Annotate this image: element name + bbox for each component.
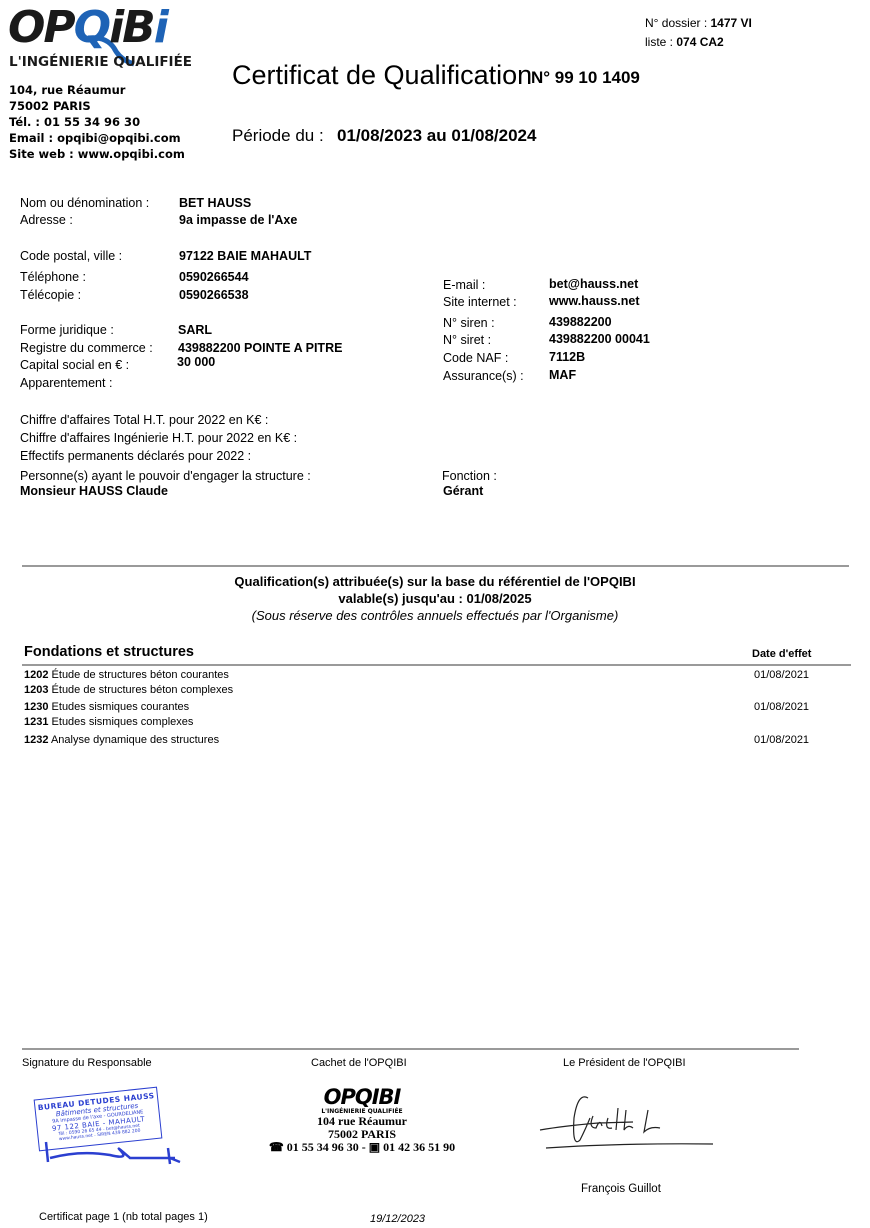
dossier-label: N° dossier : xyxy=(645,16,710,30)
certificate-number: N° 99 10 1409 xyxy=(531,68,640,88)
period-value: 01/08/2023 au 01/08/2024 xyxy=(337,126,536,146)
field-label: Code NAF : xyxy=(443,351,508,365)
field-label: Registre du commerce : xyxy=(20,341,153,355)
field-label: Code postal, ville : xyxy=(20,249,122,263)
qualification-label: Étude de structures béton complexes xyxy=(52,684,234,696)
field-label: Site internet : xyxy=(443,295,517,309)
organism-address-line1: 104, rue Réaumur xyxy=(9,82,185,98)
qualification-row: 1202 Étude de structures béton courantes xyxy=(24,669,229,681)
section-divider xyxy=(22,565,849,567)
field-value: 439882200 POINTE A PITRE xyxy=(178,341,342,355)
page-info: Certificat page 1 (nb total pages 1) xyxy=(39,1211,208,1223)
qualification-label: Etudes sismiques complexes xyxy=(52,716,194,728)
cachet-phones: ☎ 01 55 34 96 30 - ▣ 01 42 36 51 90 xyxy=(262,1141,462,1154)
qualifications-note: (Sous réserve des contrôles annuels effe… xyxy=(0,608,870,623)
field-label: Assurance(s) : xyxy=(443,369,524,383)
turnover-total-label: Chiffre d'affaires Total H.T. pour 2022 … xyxy=(20,413,268,427)
qualification-label: Étude de structures béton courantes xyxy=(52,669,229,681)
qualification-category: Fondations et structures xyxy=(24,644,194,660)
cachet-logo: OPQIBI xyxy=(262,1086,462,1108)
president-name: François Guillot xyxy=(581,1183,661,1195)
liste-value: 074 CA2 xyxy=(676,35,723,49)
qualifications-heading: Qualification(s) attribuée(s) sur la bas… xyxy=(0,574,870,589)
field-value: www.hauss.net xyxy=(549,294,640,308)
qualification-code: 1202 xyxy=(24,669,48,681)
function-value: Gérant xyxy=(443,484,483,498)
field-value: SARL xyxy=(178,323,212,337)
period-label: Période du : xyxy=(232,126,324,146)
category-divider xyxy=(22,664,851,666)
organism-email: Email : opqibi@opqibi.com xyxy=(9,130,185,146)
liste-label: liste : xyxy=(645,35,676,49)
field-label: Télécopie : xyxy=(20,288,81,302)
field-value: bet@hauss.net xyxy=(549,277,638,291)
qualification-row: 1230 Etudes sismiques courantes xyxy=(24,701,189,713)
field-value: 439882200 00041 xyxy=(549,332,650,346)
qualification-code: 1231 xyxy=(24,716,48,728)
qualification-row: 1203 Étude de structures béton complexes xyxy=(24,684,233,696)
field-label: Adresse : xyxy=(20,213,73,227)
qualification-date: 01/08/2021 xyxy=(754,669,809,681)
staff-label: Effectifs permanents déclarés pour 2022 … xyxy=(20,449,251,463)
responsible-signature-label: Signature du Responsable xyxy=(22,1057,152,1069)
qualification-row: 1232 Analyse dynamique des structures xyxy=(24,734,219,746)
field-label: Forme juridique : xyxy=(20,323,114,337)
field-value: 0590266538 xyxy=(179,288,249,302)
cachet-label: Cachet de l'OPQIBI xyxy=(311,1057,407,1069)
field-label: Téléphone : xyxy=(20,270,86,284)
field-label: N° siren : xyxy=(443,316,495,330)
opqibi-logo: OPQiBi L'INGÉNIERIE QUALIFIÉE xyxy=(8,6,198,76)
dossier-info: N° dossier : 1477 VI liste : 074 CA2 xyxy=(645,14,752,52)
responsible-signature-icon xyxy=(40,1140,190,1170)
field-value: 439882200 xyxy=(549,315,612,329)
qualification-date: 01/08/2021 xyxy=(754,734,809,746)
field-value: BET HAUSS xyxy=(179,196,251,210)
qualification-code: 1232 xyxy=(24,734,48,746)
qualification-label: Analyse dynamique des structures xyxy=(51,734,219,746)
field-value: 0590266544 xyxy=(179,270,249,284)
field-value: 30 000 xyxy=(177,355,215,369)
function-label: Fonction : xyxy=(442,469,497,483)
certificate-title: Certificat de Qualification xyxy=(232,60,532,91)
qualification-code: 1230 xyxy=(24,701,48,713)
representative-label: Personne(s) ayant le pouvoir d'engager l… xyxy=(20,469,311,483)
field-value: 9a impasse de l'Axe xyxy=(179,213,297,227)
logo-wordmark: OPQiBi xyxy=(8,6,167,50)
representative-value: Monsieur HAUSS Claude xyxy=(20,484,168,498)
president-signature-icon xyxy=(538,1088,723,1158)
turnover-engineering-label: Chiffre d'affaires Ingénierie H.T. pour … xyxy=(20,431,297,445)
field-label: Nom ou dénomination : xyxy=(20,196,149,210)
organism-website: Site web : www.opqibi.com xyxy=(9,146,185,162)
field-value: 97122 BAIE MAHAULT xyxy=(179,249,311,263)
opqibi-stamp: OPQIBI L'INGÉNIERIE QUALIFIÉE 104 rue Ré… xyxy=(262,1086,462,1154)
date-header: Date d'effet xyxy=(752,648,811,660)
field-label: N° siret : xyxy=(443,333,491,347)
organism-contact: 104, rue Réaumur 75002 PARIS Tél. : 01 5… xyxy=(9,82,185,162)
field-label: E-mail : xyxy=(443,278,485,292)
organism-address-line2: 75002 PARIS xyxy=(9,98,185,114)
qualification-label: Etudes sismiques courantes xyxy=(52,701,190,713)
dossier-value: 1477 VI xyxy=(710,16,751,30)
logo-tagline: L'INGÉNIERIE QUALIFIÉE xyxy=(9,54,192,70)
organism-phone: Tél. : 01 55 34 96 30 xyxy=(9,114,185,130)
issue-date: 19/12/2023 xyxy=(370,1213,425,1225)
qualification-row: 1231 Etudes sismiques complexes xyxy=(24,716,193,728)
field-label: Apparentement : xyxy=(20,376,112,390)
field-value: 7112B xyxy=(549,350,585,364)
field-value: MAF xyxy=(549,368,576,382)
qualification-code: 1203 xyxy=(24,684,48,696)
field-label: Capital social en € : xyxy=(20,358,129,372)
qualifications-validity: valable(s) jusqu'au : 01/08/2025 xyxy=(0,591,870,606)
president-label: Le Président de l'OPQIBI xyxy=(563,1057,686,1069)
qualification-date: 01/08/2021 xyxy=(754,701,809,713)
signature-divider xyxy=(22,1048,799,1050)
